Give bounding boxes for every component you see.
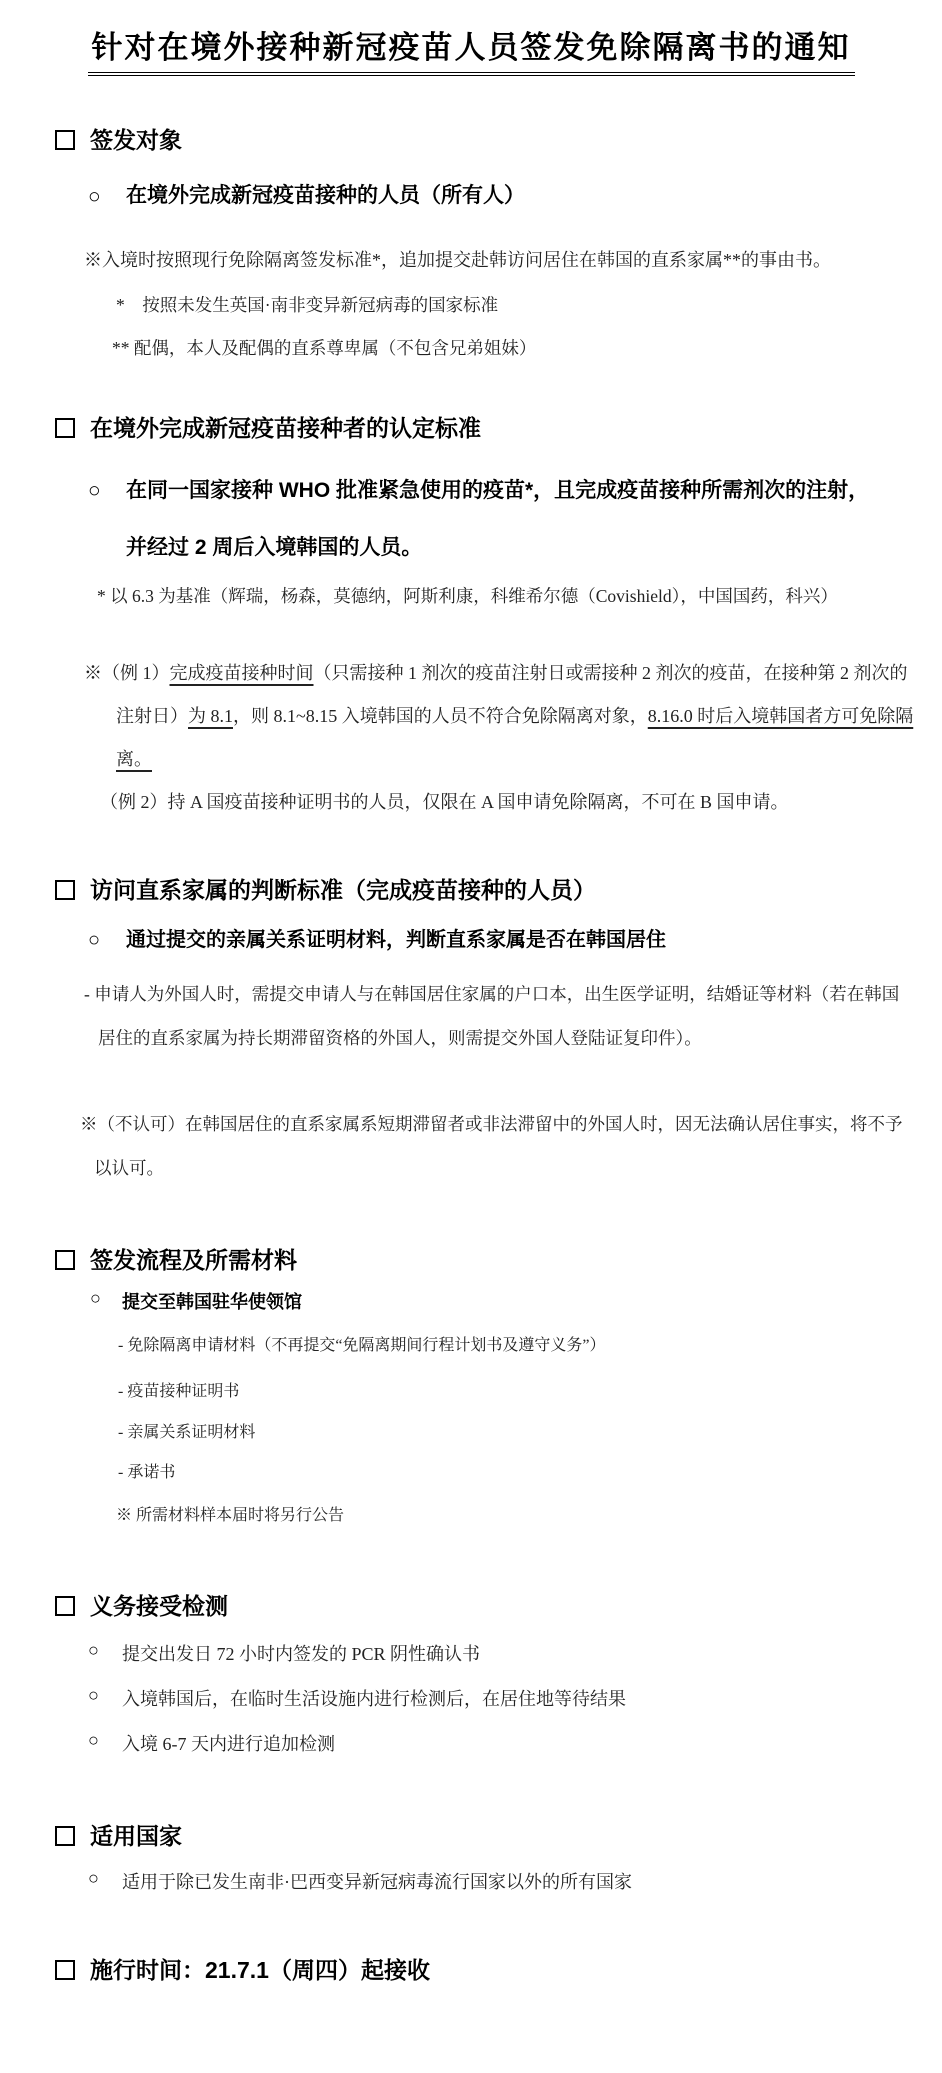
testing-item-text: 入境 6-7 天内进行追加检测 [122,1730,335,1756]
testing-item-1: ○ 提交出发日 72 小时内签发的 PCR 阴性确认书 [88,1640,888,1666]
example1-middle-2: ，则 8.1~8.15 入境韩国的人员不符合免除隔离对象， [233,706,648,726]
circle-bullet-icon: ○ [90,1288,122,1314]
process-materials-dash-3: - 亲属关系证明材料 [118,1419,888,1442]
section-heading-applicable-countries: 适用国家 [55,1818,182,1851]
testing-item-text: 入境韩国后，在临时生活设施内进行检测后，在居住地等待结果 [122,1685,626,1711]
document-title: 针对在境外接种新冠疫苗人员签发免除隔离书的通知 [0,22,942,76]
applicable-countries-item-text: 适用于除已发生南非·巴西变异新冠病毒流行国家以外的所有国家 [122,1868,632,1894]
applicable-countries-item: ○ 适用于除已发生南非·巴西变异新冠病毒流行国家以外的所有国家 [88,1868,888,1894]
checkbox-square-icon [55,130,75,150]
process-materials-dash-1: - 免除隔离申请材料（不再提交“免隔离期间行程计划书及遵守义务”） [118,1332,888,1355]
issuance-target-footnote-1: * 按照未发生英国·南非变异新冠病毒的国家标准 [116,284,886,327]
section-heading-text: 访问直系家属的判断标准（完成疫苗接种的人员） [90,872,596,905]
family-criteria-item: ○ 通过提交的亲属关系证明材料，判断直系家属是否在韩国居住 [88,912,890,969]
testing-item-text: 提交出发日 72 小时内签发的 PCR 阴性确认书 [122,1640,480,1666]
process-materials-item-text: 提交至韩国驻华使领馆 [122,1288,302,1314]
checkbox-square-icon [55,880,75,900]
issuance-target-note: ※入境时按照现行免除隔离签发标准*，追加提交赴韩访问居住在韩国的直系家属**的事… [84,238,896,282]
issuance-target-item: ○ 在境外完成新冠疫苗接种的人员（所有人） [88,168,888,225]
document-title-text: 针对在境外接种新冠疫苗人员签发免除隔离书的通知 [88,22,855,76]
section-heading-text: 在境外完成新冠疫苗接种者的认定标准 [90,410,481,443]
checkbox-square-icon [55,1826,75,1846]
recognition-criteria-item: ○ 在同一国家接种 WHO 批准紧急使用的疫苗*，且完成疫苗接种所需剂次的注射，… [88,462,890,576]
recognition-criteria-item-text: 在同一国家接种 WHO 批准紧急使用的疫苗*，且完成疫苗接种所需剂次的注射，并经… [126,462,890,576]
family-criteria-dash-item: - 申请人为外国人时，需提交申请人与在韩国居住家属的户口本，出生医学证明，结婚证… [84,972,904,1060]
document-page: 针对在境外接种新冠疫苗人员签发免除隔离书的通知 签发对象 ○ 在境外完成新冠疫苗… [0,0,942,2073]
circle-bullet-icon: ○ [88,168,126,225]
example1-underline-1: 完成疫苗接种时间 [170,663,314,683]
testing-item-2: ○ 入境韩国后，在临时生活设施内进行检测后，在居住地等待结果 [88,1685,888,1711]
checkbox-square-icon [55,1250,75,1270]
checkbox-square-icon [55,1596,75,1616]
checkbox-square-icon [55,418,75,438]
circle-bullet-icon: ○ [88,462,126,576]
process-materials-note: ※ 所需材料样本届时将另行公告 [116,1502,888,1525]
recognition-criteria-footnote: * 以 6.3 为基准（辉瑞，杨森，莫德纳，阿斯利康，科维希尔德（Covishi… [97,575,907,618]
circle-bullet-icon: ○ [88,1868,122,1894]
section-heading-text: 义务接受检测 [90,1588,228,1621]
section-heading-recognition-criteria: 在境外完成新冠疫苗接种者的认定标准 [55,410,481,443]
section-heading-text: 施行时间：21.7.1（周四）起接收 [90,1952,430,1985]
section-heading-text: 适用国家 [90,1818,182,1851]
checkbox-square-icon [55,1960,75,1980]
testing-item-3: ○ 入境 6-7 天内进行追加检测 [88,1730,888,1756]
family-criteria-item-text: 通过提交的亲属关系证明材料，判断直系家属是否在韩国居住 [126,912,666,969]
section-heading-family-criteria: 访问直系家属的判断标准（完成疫苗接种的人员） [55,872,596,905]
family-criteria-note: ※（不认可）在韩国居住的直系家属系短期滞留者或非法滞留中的外国人时，因无法确认居… [80,1102,904,1190]
issuance-target-footnote-2: ** 配偶，本人及配偶的直系尊卑属（不包含兄弟姐妹） [112,327,886,370]
recognition-criteria-example-1: ※（例 1）完成疫苗接种时间（只需接种 1 剂次的疫苗注射日或需接种 2 剂次的… [84,652,922,781]
issuance-target-item-text: 在境外完成新冠疫苗接种的人员（所有人） [126,168,525,225]
section-heading-text: 签发流程及所需材料 [90,1242,297,1275]
recognition-criteria-example-2: （例 2）持 A 国疫苗接种证明书的人员，仅限在 A 国申请免除隔离，不可在 B… [100,780,890,824]
process-materials-dash-4: - 承诺书 [118,1459,888,1482]
example1-underline-2: 为 8.1 [188,706,233,726]
circle-bullet-icon: ○ [88,912,126,969]
process-materials-dash-2: - 疫苗接种证明书 [118,1378,888,1401]
circle-bullet-icon: ○ [88,1640,122,1666]
process-materials-item: ○ 提交至韩国驻华使领馆 [90,1288,890,1314]
circle-bullet-icon: ○ [88,1685,122,1711]
section-heading-issuance-target: 签发对象 [55,122,182,155]
example1-prefix: ※（例 1） [84,663,170,683]
section-heading-effective-date: 施行时间：21.7.1（周四）起接收 [55,1952,430,1985]
section-heading-text: 签发对象 [90,122,182,155]
circle-bullet-icon: ○ [88,1730,122,1756]
section-heading-testing-obligation: 义务接受检测 [55,1588,228,1621]
section-heading-process-materials: 签发流程及所需材料 [55,1242,297,1275]
